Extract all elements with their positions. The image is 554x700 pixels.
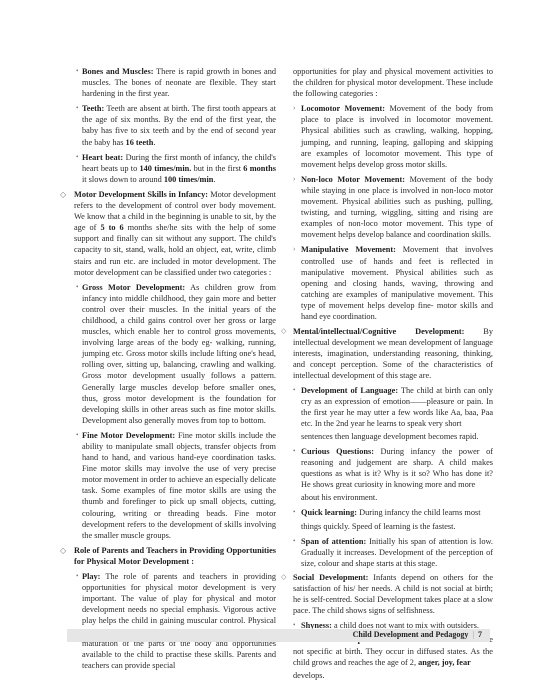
left-column: •Bones and Muscles: There is rapid growt… — [54, 66, 276, 675]
role-parents-teachers-heading: ◇Role of Parents and Teachers in Providi… — [54, 545, 276, 567]
mental-development-section: ◇Mental/intellectual/Cognitive Developme… — [283, 326, 493, 381]
span-of-attention-item: •Span of attention: Initially his span o… — [283, 536, 493, 569]
diamond-bullet-icon: ◇ — [60, 189, 66, 200]
right-column: opportunities for play and physical move… — [283, 66, 493, 681]
diamond-bullet-icon: ◇ — [281, 326, 286, 337]
diamond-bullet-icon: ◇ — [281, 572, 286, 583]
heart-beat-item: •Heart beat: During the first month of i… — [54, 152, 276, 185]
footer-text: Child Development and Pedagogy|7 — [353, 630, 482, 639]
play-item: •Play: The role of parents and teachers … — [54, 571, 276, 671]
manipulative-item: ›Manipulative Movement: Movement that in… — [283, 244, 493, 322]
bullet-icon: • — [293, 446, 295, 457]
footer-separator: | — [472, 630, 474, 639]
arrow-bullet-icon: › — [293, 244, 295, 255]
bullet-icon: • — [76, 430, 78, 441]
non-loco-motor-item: ›Non-loco Motor Movement: Movement of th… — [283, 174, 493, 241]
locomotor-item: ›Locomotor Movement: Movement of the bod… — [283, 103, 493, 170]
book-title: Child Development and Pedagogy — [353, 630, 469, 639]
bullet-icon: • — [76, 282, 78, 293]
curious-questions-item: •Curious Questions: During infancy the p… — [283, 446, 493, 503]
arrow-bullet-icon: › — [293, 174, 295, 185]
diamond-bullet-icon: ◇ — [60, 545, 66, 556]
teeth-item: •Teeth: Teeth are absent at birth. The f… — [54, 103, 276, 147]
bullet-icon: • — [76, 66, 78, 77]
fine-motor-item: •Fine Motor Development: Fine motor skil… — [54, 430, 276, 541]
gross-motor-item: •Gross Motor Development: As children gr… — [54, 282, 276, 426]
bullet-icon: • — [76, 152, 78, 163]
bullet-icon: • — [293, 536, 295, 547]
language-item: •Development of Language: The child at b… — [283, 385, 493, 442]
quick-learning-item: •Quick learning: During infancy the chil… — [283, 507, 493, 531]
bullet-icon: • — [293, 507, 295, 518]
bullet-icon: • — [76, 571, 78, 582]
arrow-bullet-icon: › — [293, 103, 295, 114]
bullet-icon: • — [76, 103, 78, 114]
social-development-section: ◇Social Development: Infants depend on o… — [283, 572, 493, 616]
bullet-icon: • — [293, 385, 295, 396]
page-footer: Child Development and Pedagogy|7 — [67, 629, 490, 642]
bones-muscles-item: •Bones and Muscles: There is rapid growt… — [54, 66, 276, 99]
continuation-paragraph: opportunities for play and physical move… — [283, 66, 493, 99]
motor-development-section: ◇Motor Development Skills in Infancy: Mo… — [54, 189, 276, 278]
page-number: 7 — [478, 630, 482, 639]
